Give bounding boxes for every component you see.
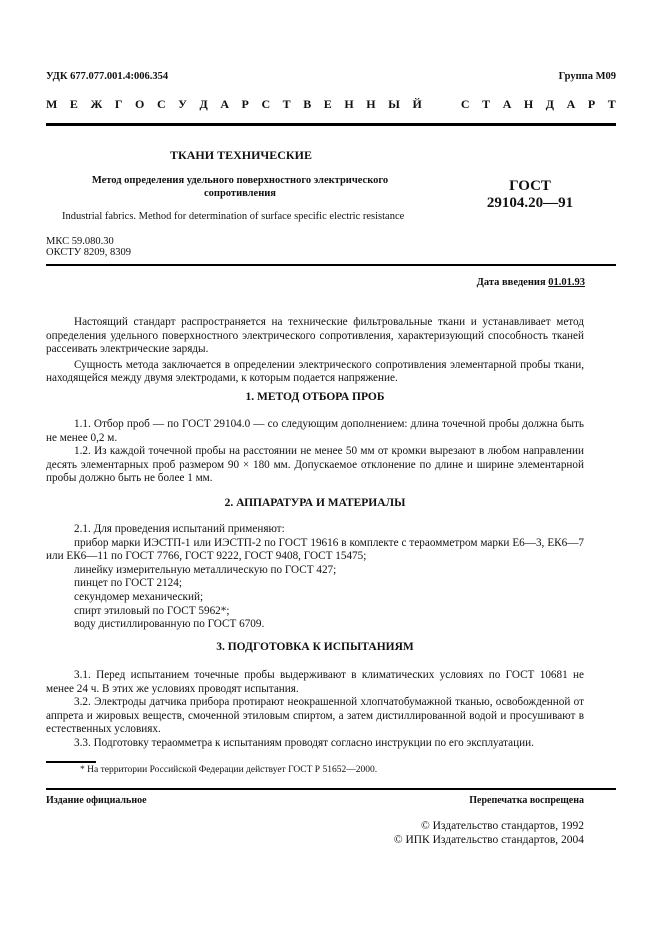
section-paragraph: прибор марки ИЭСТП-1 или ИЭСТП-2 по ГОСТ… — [46, 537, 584, 564]
footer-rule — [46, 788, 616, 790]
gost-label: ГОСТ — [460, 178, 600, 195]
banner-letter: М — [46, 97, 57, 112]
group-code: Группа М09 — [559, 71, 616, 82]
banner-letter: Н — [524, 97, 533, 112]
section-2-body: 2.1. Для проведения испытаний применяют:… — [46, 523, 584, 632]
banner-letter: Й — [412, 97, 421, 112]
banner-letter: Д — [546, 97, 554, 112]
banner-letter: Ж — [90, 97, 102, 112]
banner-gap — [434, 97, 448, 112]
section-paragraph: линейку измерительную металлическую по Г… — [46, 564, 584, 578]
section-heading: 3. ПОДГОТОВКА К ИСПЫТАНИЯМ — [46, 641, 584, 653]
english-title: Industrial fabrics. Method for determina… — [62, 211, 404, 222]
section-heading: 2. АППАРАТУРА И МАТЕРИАЛЫ — [46, 497, 584, 509]
reprint-prohibited-label: Перепечатка воспрещена — [469, 795, 584, 806]
section-paragraph: спирт этиловый по ГОСТ 5962*; — [46, 605, 584, 619]
banner-letter: Г — [115, 97, 123, 112]
introduction-date: Дата введения 01.01.93 — [477, 277, 585, 288]
classification-codes: МКС 59.080.30 ОКСТУ 8209, 8309 — [46, 236, 131, 258]
footnote-rule — [46, 761, 96, 763]
banner-letter: А — [503, 97, 512, 112]
banner-letter: О — [135, 97, 144, 112]
intro-paragraph: Настоящий стандарт распространяется на т… — [46, 316, 584, 357]
banner-letter: С — [261, 97, 270, 112]
section-paragraph: 3.3. Подготовку тераомметра к испытаниям… — [46, 737, 584, 751]
section-paragraph: 1.2. Из каждой точечной пробы на расстоя… — [46, 445, 584, 486]
section-paragraph: секундомер механический; — [46, 591, 584, 605]
section-paragraph: воду дистиллированную по ГОСТ 6709. — [46, 618, 584, 632]
okstu-code: ОКСТУ 8209, 8309 — [46, 247, 131, 258]
section-3-body: 3.1. Перед испытанием точечные пробы выд… — [46, 669, 584, 751]
banner-letter: Д — [200, 97, 208, 112]
section-paragraph: 1.1. Отбор проб — по ГОСТ 29104.0 — со с… — [46, 418, 584, 445]
intro-paragraph: Сущность метода заключается в определени… — [46, 359, 584, 386]
title-rule — [46, 264, 616, 266]
banner-letter: Н — [344, 97, 353, 112]
section-heading: 1. МЕТОД ОТБОРА ПРОБ — [46, 391, 584, 403]
header-rule — [46, 123, 616, 126]
banner-letter: С — [461, 97, 470, 112]
banner-letter: Т — [482, 97, 490, 112]
section-paragraph: 2.1. Для проведения испытаний применяют: — [46, 523, 584, 537]
section-paragraph: 3.1. Перед испытанием точечные пробы выд… — [46, 669, 584, 696]
copyright-line: © ИПК Издательство стандартов, 2004 — [394, 834, 584, 848]
section-paragraph: 3.2. Электроды датчика прибора протирают… — [46, 696, 584, 737]
document-subtitle: Метод определения удельного поверхностно… — [70, 174, 410, 200]
section-paragraph: пинцет по ГОСТ 2124; — [46, 577, 584, 591]
official-edition-label: Издание официальное — [46, 795, 147, 806]
banner-letter: В — [303, 97, 311, 112]
section-1-body: 1.1. Отбор проб — по ГОСТ 29104.0 — со с… — [46, 418, 584, 486]
banner-letter: Е — [70, 97, 78, 112]
footnote: * На территории Российской Федерации дей… — [80, 765, 377, 775]
copyright-block: © Издательство стандартов, 1992 © ИПК Из… — [394, 820, 584, 847]
banner-letter: У — [178, 97, 187, 112]
intro-text: Настоящий стандарт распространяется на т… — [46, 316, 584, 386]
date-label: Дата введения — [477, 277, 546, 288]
document-title: ТКАНИ ТЕХНИЧЕСКИЕ — [46, 148, 436, 163]
banner-letter: А — [567, 97, 576, 112]
gost-number: 29104.20—91 — [460, 195, 600, 212]
copyright-line: © Издательство стандартов, 1992 — [394, 820, 584, 834]
udk-code: УДК 677.077.001.4:006.354 — [46, 71, 168, 82]
banner-letter: А — [220, 97, 229, 112]
banner-letter: Р — [588, 97, 595, 112]
banner-letter: Р — [242, 97, 249, 112]
banner-letter: Ы — [388, 97, 400, 112]
banner-letter: Е — [324, 97, 332, 112]
gost-designation: ГОСТ 29104.20—91 — [460, 178, 600, 212]
banner-letter: С — [157, 97, 166, 112]
date-value: 01.01.93 — [548, 277, 585, 288]
banner-letter: Т — [283, 97, 291, 112]
banner-letter: Т — [608, 97, 616, 112]
mks-code: МКС 59.080.30 — [46, 236, 131, 247]
banner-letter: Н — [366, 97, 375, 112]
interstate-standard-banner: МЕЖГОСУДАРСТВЕННЫЙСТАНДАРТ — [46, 97, 616, 112]
